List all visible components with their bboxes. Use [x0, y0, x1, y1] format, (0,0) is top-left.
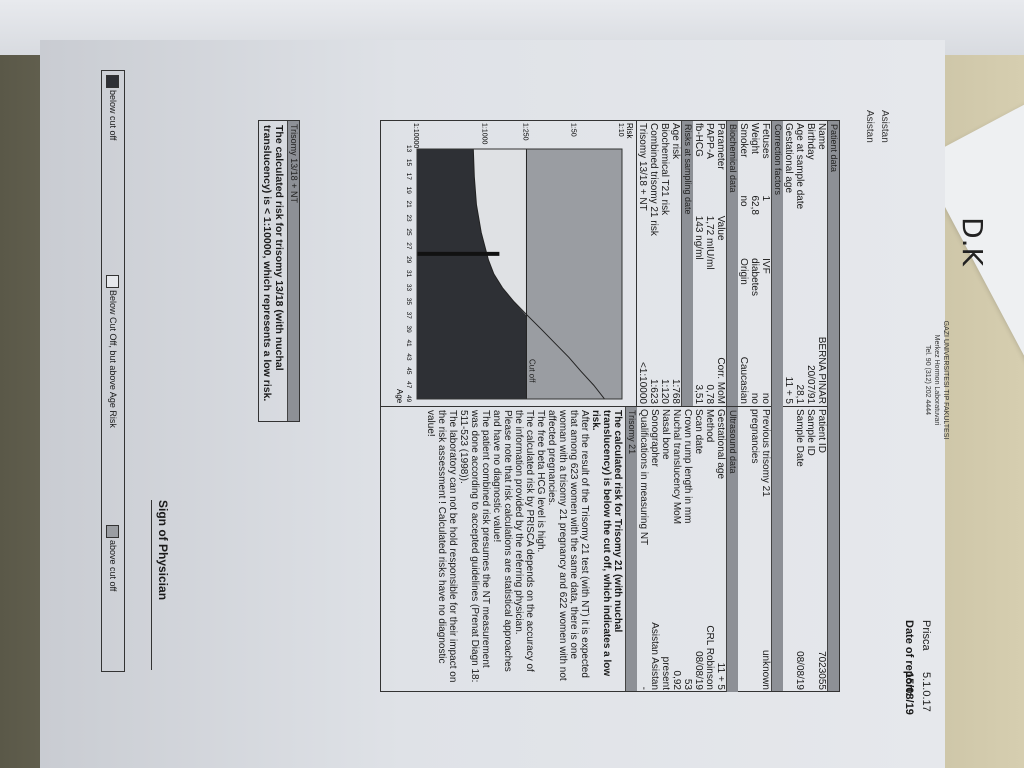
- institution-lab: Merkez Hormon Laboratuvari: [932, 260, 941, 500]
- table-cell: Weight: [749, 121, 760, 193]
- table-cell: 11 + 5: [783, 265, 794, 406]
- table-row: Birthday20/07/91: [805, 121, 816, 406]
- software-name: Prisca: [920, 620, 932, 651]
- institution-phone: Tel. 90 (312) 202 4444: [923, 260, 932, 500]
- table-cell: 1,72 mIU/ml: [704, 214, 715, 317]
- handwritten-note: D.K: [956, 217, 989, 266]
- table-row: Gestational age11 + 5: [783, 121, 794, 406]
- table-cell: Value: [715, 214, 726, 317]
- table-cell: Gestational age: [783, 121, 794, 265]
- y-tick: 1:1000: [480, 123, 487, 145]
- table-cell: pregnancies: [749, 407, 760, 571]
- x-tick: 49: [405, 395, 412, 403]
- table-cell: 0,78: [704, 316, 715, 406]
- ultrasound-table: Gestational age11 + 5MethodCRL RobinsonS…: [638, 407, 726, 692]
- x-tick: 15: [405, 159, 412, 167]
- table-row: Patient ID7023055: [816, 407, 827, 692]
- table-cell: diabetes: [749, 256, 760, 328]
- trisomy21-paragraph: The free beta HCG level is high.: [535, 410, 546, 688]
- table-cell: no: [760, 329, 771, 406]
- report-date-value: 15/08/19: [903, 672, 915, 715]
- table-cell: Origin: [738, 256, 749, 328]
- table-cell: Age at sample date: [794, 121, 805, 265]
- table-row: pregnancies: [749, 407, 760, 692]
- legend-swatch-between: [107, 275, 120, 288]
- legend-label-below: below cut off: [109, 90, 119, 140]
- table-row: Age risk1:768: [670, 121, 681, 406]
- right-column: Ultrasound data Gestational age11 + 5Met…: [637, 407, 738, 692]
- trisomy21-paragraph: Please note that risk calculations are s…: [491, 410, 513, 688]
- y-tick: 1:250: [521, 123, 528, 141]
- legend-swatch-below: [107, 75, 120, 88]
- table-cell: Caucasian: [738, 329, 749, 406]
- x-tick: 39: [405, 326, 412, 334]
- table-cell: Corr. MoM: [715, 316, 726, 406]
- legend-between: Below Cut Off, but above Age Risk: [107, 271, 120, 521]
- table-row: fb-HCG143 ng/ml3,51: [693, 121, 704, 406]
- institution-name: GAZI UNIVERSITESI TIP FAKULTESI: [941, 260, 950, 500]
- table-row: ParameterValueCorr. MoM: [715, 121, 726, 406]
- trisomy21-body: After the result of the Trisomy 21 test …: [425, 410, 590, 688]
- chart-legend: below cut off Below Cut Off, but above A…: [101, 70, 125, 672]
- legend-label-above: above cut off: [109, 540, 119, 591]
- table-cell: <1:10000: [637, 295, 648, 406]
- table-cell: 0,92: [671, 581, 682, 692]
- table-cell: BERNA PINAR: [816, 265, 827, 406]
- table-row: Fetuses1IVFno: [760, 121, 771, 406]
- table-cell: Nuchal translucency MoM: [671, 407, 682, 581]
- table-cell: no: [738, 193, 749, 256]
- ultrasound-data-header: Ultrasound data: [726, 407, 738, 692]
- biochemical-data-header: Biochemical data: [726, 121, 738, 406]
- table-cell: present: [660, 581, 671, 692]
- table-row: Biochemical T21 risk1:120: [659, 121, 670, 406]
- x-tick: 41: [405, 339, 412, 347]
- table-cell: Age risk: [670, 121, 681, 295]
- trisomy21-paragraph: The calculated risk by PRISCA depends on…: [513, 410, 535, 688]
- institution-block: GAZI UNIVERSITESI TIP FAKULTESI Merkez H…: [923, 260, 950, 500]
- y-tick: 1:10000: [412, 123, 419, 148]
- table-cell: Scan date: [693, 407, 704, 581]
- physician-sign-label: Sign of Physician: [156, 500, 170, 600]
- table-cell: unknown: [760, 571, 771, 692]
- legend-above: above cut off: [107, 521, 120, 671]
- x-tick: 43: [405, 353, 412, 361]
- physician-sign-line: [151, 500, 152, 670]
- report-main-box: Patient data NameBERNA PINARBirthday20/0…: [380, 120, 840, 692]
- biochemical-table: ParameterValueCorr. MoMPAPP-A1,72 mIU/ml…: [693, 121, 726, 406]
- x-tick: 25: [405, 228, 412, 236]
- x-tick: 35: [405, 298, 412, 306]
- table-cell: 08/08/19: [693, 581, 704, 692]
- y-tick: 1:50: [569, 123, 576, 137]
- correction-factors-right: Previous trisomy 21unknownpregnancies: [738, 407, 771, 692]
- table-cell: Birthday: [805, 121, 816, 265]
- patient-data: NameBERNA PINARBirthday20/07/91Age at sa…: [783, 121, 827, 691]
- x-tick: 33: [405, 284, 412, 292]
- table-cell: Qualifications in measuring NT: [638, 407, 649, 581]
- table-cell: Crown rump length in mm: [682, 407, 693, 581]
- table-cell: 7023055: [816, 551, 827, 692]
- table-cell: -: [638, 581, 649, 692]
- table-row: Combined trisomy 21 risk1:623: [648, 121, 659, 406]
- table-row: Trisomy 13/18 + NT<1:10000: [637, 121, 648, 406]
- table-cell: Combined trisomy 21 risk: [648, 121, 659, 295]
- table-row: Weight62,8diabetesno: [749, 121, 760, 406]
- table-row: Age at sample date28,1: [794, 121, 805, 406]
- table-cell: IVF: [760, 256, 771, 328]
- table-cell: Gestational age: [715, 407, 726, 581]
- table-cell: PAPP-A: [704, 121, 715, 214]
- table-cell: 28,1: [794, 265, 805, 406]
- table-cell: Patient ID: [816, 407, 827, 551]
- correction-factors-left: Fetuses1IVFnoWeight62,8diabetesnoSmokern…: [738, 121, 771, 407]
- table-cell: no: [749, 329, 760, 406]
- table-cell: Fetuses: [760, 121, 771, 193]
- table-cell: Parameter: [715, 121, 726, 214]
- table-cell: 1:120: [659, 295, 670, 406]
- signatory-2: Asistan: [864, 110, 875, 143]
- trisomy21-paragraph: The laboratory can not be hold responsib…: [425, 410, 458, 688]
- trisomy13-18-header: Trisomy 13/18 + NT: [287, 121, 299, 421]
- table-cell: 1: [760, 193, 771, 256]
- y-axis-label: Risk: [625, 123, 634, 140]
- table-cell: 20/07/91: [805, 265, 816, 406]
- table-cell: 11 + 5: [715, 581, 726, 692]
- table-row: Gestational age11 + 5: [715, 407, 726, 692]
- table-row: PAPP-A1,72 mIU/ml0,78: [704, 121, 715, 406]
- risks-table: Age risk1:768Biochemical T21 risk1:120Co…: [637, 121, 681, 406]
- table-cell: 143 ng/ml: [693, 214, 704, 317]
- cutoff-label: Cut off: [527, 359, 536, 383]
- correction-factors: Fetuses1IVFnoWeight62,8diabetesnoSmokern…: [738, 121, 771, 691]
- risk-chart-svg: Cut offRisk1:101:501:2501:10001:10000131…: [381, 121, 636, 406]
- correction-factors-header: Correction factors: [771, 121, 783, 691]
- table-cell: Sample ID: [805, 407, 816, 551]
- table-cell: Name: [816, 121, 827, 265]
- data-sections: Biochemical data ParameterValueCorr. MoM…: [637, 121, 738, 691]
- table-row: NameBERNA PINAR: [816, 121, 827, 406]
- trisomy13-18-box: Trisomy 13/18 + NT The calculated risk f…: [258, 120, 300, 422]
- x-tick: 13: [405, 145, 412, 153]
- x-tick: 27: [405, 242, 412, 250]
- table-row: Previous trisomy 21unknown: [760, 407, 771, 692]
- table-row: Qualifications in measuring NT-: [638, 407, 649, 692]
- prisca-report: GAZI UNIVERSITESI TIP FAKULTESI Merkez H…: [60, 60, 960, 700]
- x-tick: 29: [405, 256, 412, 264]
- table-cell: fb-HCG: [693, 121, 704, 214]
- table-cell: 08/08/19: [794, 551, 805, 692]
- x-tick: 17: [405, 173, 412, 181]
- table-cell: Nasal bone: [660, 407, 671, 581]
- table-row: SonographerAsistan Asistan: [649, 407, 660, 692]
- trisomy21-paragraph: After the result of the Trisomy 21 test …: [546, 410, 590, 688]
- y-tick: 1:10: [617, 123, 624, 137]
- chart-column: Cut offRisk1:101:501:2501:10001:10000131…: [381, 121, 637, 407]
- results-row: Cut offRisk1:101:501:2501:10001:10000131…: [381, 121, 637, 691]
- patient-data-header: Patient data: [827, 121, 839, 691]
- trisomy21-text: The calculated risk for Trisomy 21 (with…: [423, 407, 625, 691]
- x-tick: 45: [405, 367, 412, 375]
- table-row: MethodCRL Robinson: [704, 407, 715, 692]
- signatory-1: Asistan: [879, 110, 890, 143]
- x-tick: 23: [405, 214, 412, 222]
- table-cell: Previous trisomy 21: [760, 407, 771, 571]
- x-tick: 37: [405, 312, 412, 320]
- table-row: Nuchal translucency MoM0,92: [671, 407, 682, 692]
- table-cell: Method: [704, 407, 715, 581]
- table-cell: CRL Robinson: [704, 581, 715, 692]
- table-row: Scan date08/08/19: [693, 407, 704, 692]
- trisomy21-column: Trisomy 21 The calculated risk for Triso…: [381, 407, 637, 691]
- legend-swatch-above: [107, 525, 120, 538]
- trisomy13-18-text: The calculated risk for trisomy 13/18 (w…: [259, 121, 287, 421]
- risks-header: Risks at sampling date: [681, 121, 693, 406]
- table-cell: 1:623: [648, 295, 659, 406]
- table-cell: 1:768: [670, 295, 681, 406]
- above-cutoff-area: [526, 149, 622, 399]
- table-cell: Smoker: [738, 121, 749, 193]
- x-tick: 47: [405, 381, 412, 389]
- patient-marker: [417, 252, 499, 256]
- table-cell: Biochemical T21 risk: [659, 121, 670, 295]
- x-tick: 19: [405, 187, 412, 195]
- trisomy21-headline: The calculated risk for Trisomy 21 (with…: [590, 410, 623, 688]
- table-row: SmokernoOriginCaucasian: [738, 121, 749, 406]
- table-row: Nasal bonepresent: [660, 407, 671, 692]
- table-row: Sample Date08/08/19: [794, 407, 805, 692]
- legend-label-between: Below Cut Off, but above Age Risk: [109, 290, 119, 428]
- trisomy21-paragraph: The patient combined risk presumes the N…: [458, 410, 491, 688]
- table-cell: 53: [682, 581, 693, 692]
- table-cell: Trisomy 13/18 + NT: [637, 121, 648, 295]
- software-version: 5.1.0.17: [920, 672, 932, 712]
- table-cell: Sonographer: [649, 407, 660, 581]
- x-tick: 31: [405, 270, 412, 278]
- table-row: Sample ID: [805, 407, 816, 692]
- table-cell: [805, 551, 816, 692]
- table-row: Crown rump length in mm53: [682, 407, 693, 692]
- left-column: Biochemical data ParameterValueCorr. MoM…: [637, 121, 738, 407]
- table-cell: Asistan Asistan: [649, 581, 660, 692]
- risk-chart: Cut offRisk1:101:501:2501:10001:10000131…: [381, 121, 637, 406]
- table-cell: 62,8: [749, 193, 760, 256]
- table-cell: 3,51: [693, 316, 704, 406]
- patient-data-left: NameBERNA PINARBirthday20/07/91Age at sa…: [783, 121, 827, 407]
- x-axis-label: Age: [395, 389, 404, 404]
- table-cell: Sample Date: [794, 407, 805, 551]
- legend-below: below cut off: [107, 71, 120, 271]
- patient-data-right: Patient ID7023055Sample IDSample Date08/…: [783, 407, 827, 692]
- table-cell: [749, 571, 760, 692]
- x-tick: 21: [405, 201, 412, 209]
- trisomy21-header: Trisomy 21: [625, 407, 637, 691]
